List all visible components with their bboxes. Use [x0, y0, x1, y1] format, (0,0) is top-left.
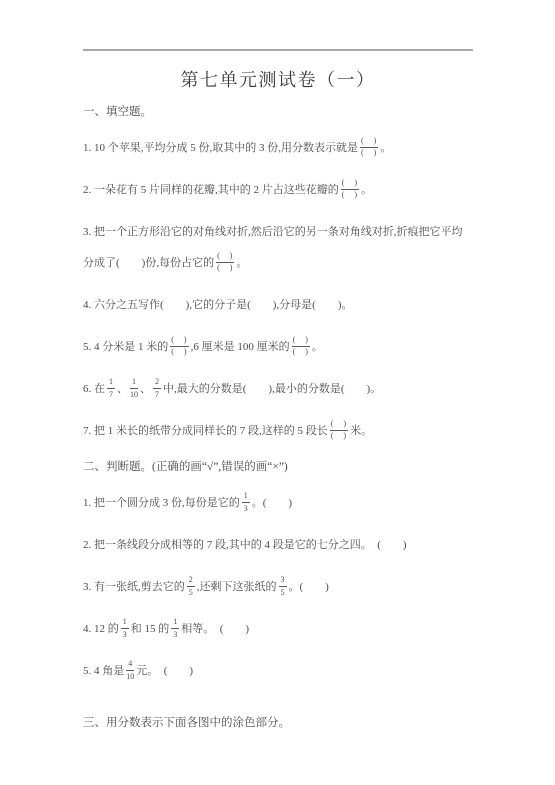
section-heading: 二、判断题。(正确的画“√”,错误的画“×”) — [83, 457, 473, 477]
section-heading: 一、填空题。 — [83, 102, 473, 122]
fraction-denominator: 7 — [153, 389, 161, 400]
fraction-denominator: 5 — [279, 587, 287, 598]
fraction-denominator: ( ) — [341, 190, 359, 201]
question-text: 元。 ( ) — [136, 665, 193, 677]
fraction-numerator: 1 — [107, 377, 115, 389]
question-text: ,6 厘米是 100 厘米的 — [191, 341, 290, 353]
question-text: 中,最大的分数是( ),最小的分数是( )。 — [163, 383, 381, 395]
question-text: 1. 把一个圆分成 3 份,每份是它的 — [83, 497, 240, 509]
fraction-numerator: ( ) — [216, 251, 234, 263]
question-line: 1. 把一个圆分成 3 份,每份是它的13。( ) — [83, 488, 473, 519]
question-text: 。 — [380, 142, 391, 154]
fraction-denominator: 10 — [126, 671, 134, 682]
section-true-false: 二、判断题。(正确的画“√”,错误的画“×”) 1. 把一个圆分成 3 份,每份… — [83, 457, 473, 687]
question-line: 5. 4 分米是 1 米的( )( ),6 厘米是 100 厘米的( )( )。 — [83, 332, 473, 363]
fraction-numerator: ( ) — [330, 419, 348, 431]
fraction-denominator: ( ) — [330, 431, 348, 442]
fraction: 35 — [279, 575, 287, 598]
fraction-numerator: ( ) — [360, 136, 378, 148]
fraction: 110 — [130, 377, 138, 400]
fraction: 13 — [171, 617, 179, 640]
header-rule — [83, 49, 473, 51]
question-line: 4. 12 的13和 15 的13相等。 ( ) — [83, 614, 473, 645]
fraction: 13 — [242, 491, 250, 514]
question-line: 4. 六分之五写作( ),它的分子是( ),分母是( )。 — [83, 290, 473, 321]
question-line: 3. 把一个正方形沿它的对角线对折,然后沿它的另一条对角线对折,折痕把它平均分成… — [83, 217, 473, 279]
question-text: ,还剩下这张纸的 — [197, 581, 277, 593]
fraction: 13 — [121, 617, 129, 640]
question-text: 6. 在 — [83, 383, 105, 395]
question-text: 7. 把 1 米长的纸带分成同样长的 7 段,这样的 5 段长 — [83, 425, 328, 437]
fraction-blank: ( )( ) — [170, 335, 188, 358]
question-line: 3. 有一张纸,剪去它的25,还剩下这张纸的35。( ) — [83, 572, 473, 603]
question-text: 。 — [312, 341, 323, 353]
fraction: 25 — [187, 575, 195, 598]
question-text: 、 — [117, 383, 128, 395]
fraction-numerator: 1 — [130, 377, 138, 389]
fraction-numerator: 1 — [121, 617, 129, 629]
question-text: 、 — [140, 383, 151, 395]
fraction-blank: ( )( ) — [216, 251, 234, 274]
fraction: 27 — [153, 377, 161, 400]
question-text: 5. 4 角是 — [83, 665, 124, 677]
fraction-numerator: 2 — [153, 377, 161, 389]
question-text: 。( ) — [252, 497, 292, 509]
question-text: 4. 六分之五写作( ),它的分子是( ),分母是( )。 — [83, 299, 352, 311]
question-text: 米。 — [350, 425, 372, 437]
question-line: 2. 把一条线段分成相等的 7 段,其中的 4 段是它的七分之四。 ( ) — [83, 530, 473, 561]
fraction-numerator: ( ) — [170, 335, 188, 347]
question-text: 3. 有一张纸,剪去它的 — [83, 581, 185, 593]
fraction-denominator: 3 — [242, 503, 250, 514]
fraction-denominator: ( ) — [170, 347, 188, 358]
fraction-blank: ( )( ) — [292, 335, 310, 358]
fraction-numerator: 1 — [242, 491, 250, 503]
question-list: 1. 把一个圆分成 3 份,每份是它的13。( )2. 把一条线段分成相等的 7… — [83, 488, 473, 687]
fraction-denominator: ( ) — [360, 148, 378, 159]
fraction: 410 — [126, 659, 134, 682]
question-text: 3. 把一个正方形沿它的对角线对折,然后沿它的另一条对角线对折,折痕把它平均分成… — [83, 226, 463, 269]
fraction-numerator: 2 — [187, 575, 195, 587]
section-heading: 三、用分数表示下面各图中的涂色部分。 — [83, 713, 473, 733]
fraction-blank: ( )( ) — [330, 419, 348, 442]
fraction-denominator: 3 — [121, 629, 129, 640]
fraction-denominator: 3 — [171, 629, 179, 640]
fraction-denominator: 5 — [187, 587, 195, 598]
fraction-numerator: 4 — [126, 659, 134, 671]
question-line: 5. 4 角是410元。 ( ) — [83, 656, 473, 687]
question-line: 7. 把 1 米长的纸带分成同样长的 7 段,这样的 5 段长( )( )米。 — [83, 416, 473, 447]
fraction-denominator: ( ) — [216, 263, 234, 274]
question-text: 4. 12 的 — [83, 623, 119, 635]
test-paper-page: 第七单元测试卷（一） 一、填空题。 1. 10 个苹果,平均分成 5 份,取其中… — [83, 0, 473, 733]
question-text: 2. 把一条线段分成相等的 7 段,其中的 4 段是它的七分之四。 ( ) — [83, 539, 407, 551]
fraction-denominator: 10 — [130, 389, 138, 400]
section-shaded-fraction: 三、用分数表示下面各图中的涂色部分。 — [83, 713, 473, 733]
question-text: 5. 4 分米是 1 米的 — [83, 341, 168, 353]
fraction-denominator: ( ) — [292, 347, 310, 358]
question-line: 1. 10 个苹果,平均分成 5 份,取其中的 3 份,用分数表示就是( )( … — [83, 133, 473, 164]
question-text: 。 — [236, 257, 247, 269]
question-text: 和 15 的 — [131, 623, 170, 635]
fraction-denominator: 7 — [107, 389, 115, 400]
page-title: 第七单元测试卷（一） — [83, 66, 473, 92]
question-text: 。( ) — [289, 581, 329, 593]
question-line: 6. 在17、110、27中,最大的分数是( ),最小的分数是( )。 — [83, 374, 473, 405]
question-text: 1. 10 个苹果,平均分成 5 份,取其中的 3 份,用分数表示就是 — [83, 142, 358, 154]
fraction-blank: ( )( ) — [341, 178, 359, 201]
question-text: 。 — [361, 184, 372, 196]
question-line: 2. 一朵花有 5 片同样的花瓣,其中的 2 片占这些花瓣的( )( )。 — [83, 175, 473, 206]
question-list: 1. 10 个苹果,平均分成 5 份,取其中的 3 份,用分数表示就是( )( … — [83, 133, 473, 447]
fraction-numerator: ( ) — [292, 335, 310, 347]
question-text: 相等。 ( ) — [181, 623, 249, 635]
fraction-numerator: 3 — [279, 575, 287, 587]
fraction-numerator: 1 — [171, 617, 179, 629]
fraction-numerator: ( ) — [341, 178, 359, 190]
fraction: 17 — [107, 377, 115, 400]
question-text: 2. 一朵花有 5 片同样的花瓣,其中的 2 片占这些花瓣的 — [83, 184, 339, 196]
section-fill-in-blanks: 一、填空题。 1. 10 个苹果,平均分成 5 份,取其中的 3 份,用分数表示… — [83, 102, 473, 447]
fraction-blank: ( )( ) — [360, 136, 378, 159]
